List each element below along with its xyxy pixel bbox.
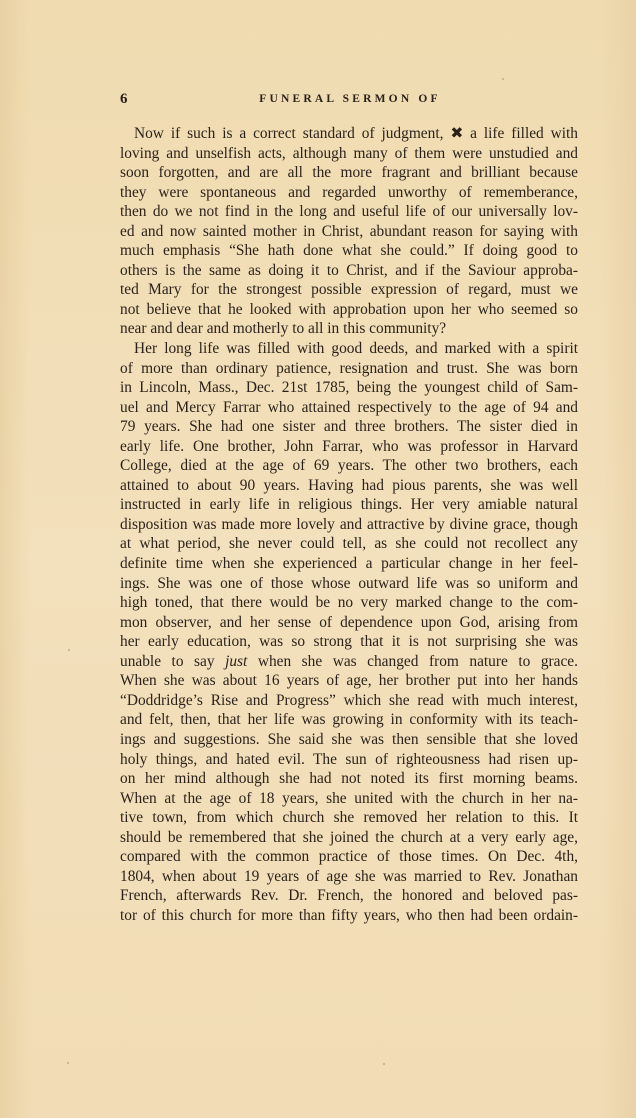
- text-line: soon forgotten, and are all the more fra…: [120, 163, 578, 183]
- text-line: near and dear and motherly to all in thi…: [120, 319, 578, 339]
- text-line: her early education, was so strong that …: [120, 632, 578, 652]
- paragraph-2: Her long life was filled with good deeds…: [120, 339, 578, 925]
- text-line: 1804, when about 19 years of age she was…: [120, 867, 578, 887]
- text-line: compared with the common practice of tho…: [120, 847, 578, 867]
- scanned-book-page: 6 FUNERAL SERMON OF Now if such is a cor…: [0, 0, 636, 1118]
- text-line: definite time when she experienced a par…: [120, 554, 578, 574]
- scan-speck: [67, 1062, 69, 1064]
- text-line: French, afterwards Rev. Dr. French, the …: [120, 886, 578, 906]
- text-line: should be remembered that she joined the…: [120, 828, 578, 848]
- text-line: on her mind although she had not noted i…: [120, 769, 578, 789]
- text-line: high toned, that there would be no very …: [120, 593, 578, 613]
- text-line: holy things, and hated evil. The sun of …: [120, 750, 578, 770]
- italic-emphasis: just: [225, 653, 247, 670]
- text-line: ings. She was one of those whose outward…: [120, 574, 578, 594]
- text-line: ted Mary for the strongest possible expr…: [120, 280, 578, 300]
- text-line: at what period, she never could tell, as…: [120, 534, 578, 554]
- scan-speck: [383, 1063, 385, 1065]
- text-line: unable to say just when she was changed …: [120, 652, 578, 672]
- text-line: instructed in early life in religious th…: [120, 495, 578, 515]
- text-line: then do we not find in the long and usef…: [120, 202, 578, 222]
- text-line: “Doddridge’s Rise and Progress” which sh…: [120, 691, 578, 711]
- text-line: College, died at the age of 69 years. Th…: [120, 456, 578, 476]
- text-line: early life. One brother, John Farrar, wh…: [120, 437, 578, 457]
- text-line: disposition was made more lovely and att…: [120, 515, 578, 535]
- scan-speck: [502, 78, 504, 80]
- scan-speck: [68, 649, 70, 651]
- text-line: When at the age of 18 years, she united …: [120, 789, 578, 809]
- text-line: in Lincoln, Mass., Dec. 21st 1785, being…: [120, 378, 578, 398]
- text-line: Her long life was filled with good deeds…: [120, 339, 578, 359]
- text-line: tive town, from which church she removed…: [120, 808, 578, 828]
- text-line: uel and Mercy Farrar who attained respec…: [120, 398, 578, 418]
- paragraph-1: Now if such is a correct standard of jud…: [120, 124, 578, 339]
- text-line: tor of this church for more than fifty y…: [120, 906, 578, 926]
- page-header: 6 FUNERAL SERMON OF: [120, 91, 580, 111]
- text-line: not believe that he looked with approbat…: [120, 300, 578, 320]
- text-line: Now if such is a correct standard of jud…: [120, 124, 578, 144]
- text-line: much emphasis “She hath done what she co…: [120, 241, 578, 261]
- text-line: of more than ordinary patience, resignat…: [120, 359, 578, 379]
- text-line: ings and suggestions. She said she was t…: [120, 730, 578, 750]
- body-text: Now if such is a correct standard of jud…: [120, 124, 578, 925]
- text-line: ed and now sainted mother in Christ, abu…: [120, 222, 578, 242]
- text-line: When she was about 16 years of age, her …: [120, 671, 578, 691]
- text-line: they were spontaneous and regarded unwor…: [120, 183, 578, 203]
- text-line: and felt, then, that her life was growin…: [120, 710, 578, 730]
- text-line: attained to about 90 years. Having had p…: [120, 476, 578, 496]
- text-line: loving and unselfish acts, although many…: [120, 144, 578, 164]
- running-head: FUNERAL SERMON OF: [120, 93, 580, 105]
- text-line: mon observer, and her sense of dependenc…: [120, 613, 578, 633]
- text-line: 79 years. She had one sister and three b…: [120, 417, 578, 437]
- text-line: others is the same as doing it to Christ…: [120, 261, 578, 281]
